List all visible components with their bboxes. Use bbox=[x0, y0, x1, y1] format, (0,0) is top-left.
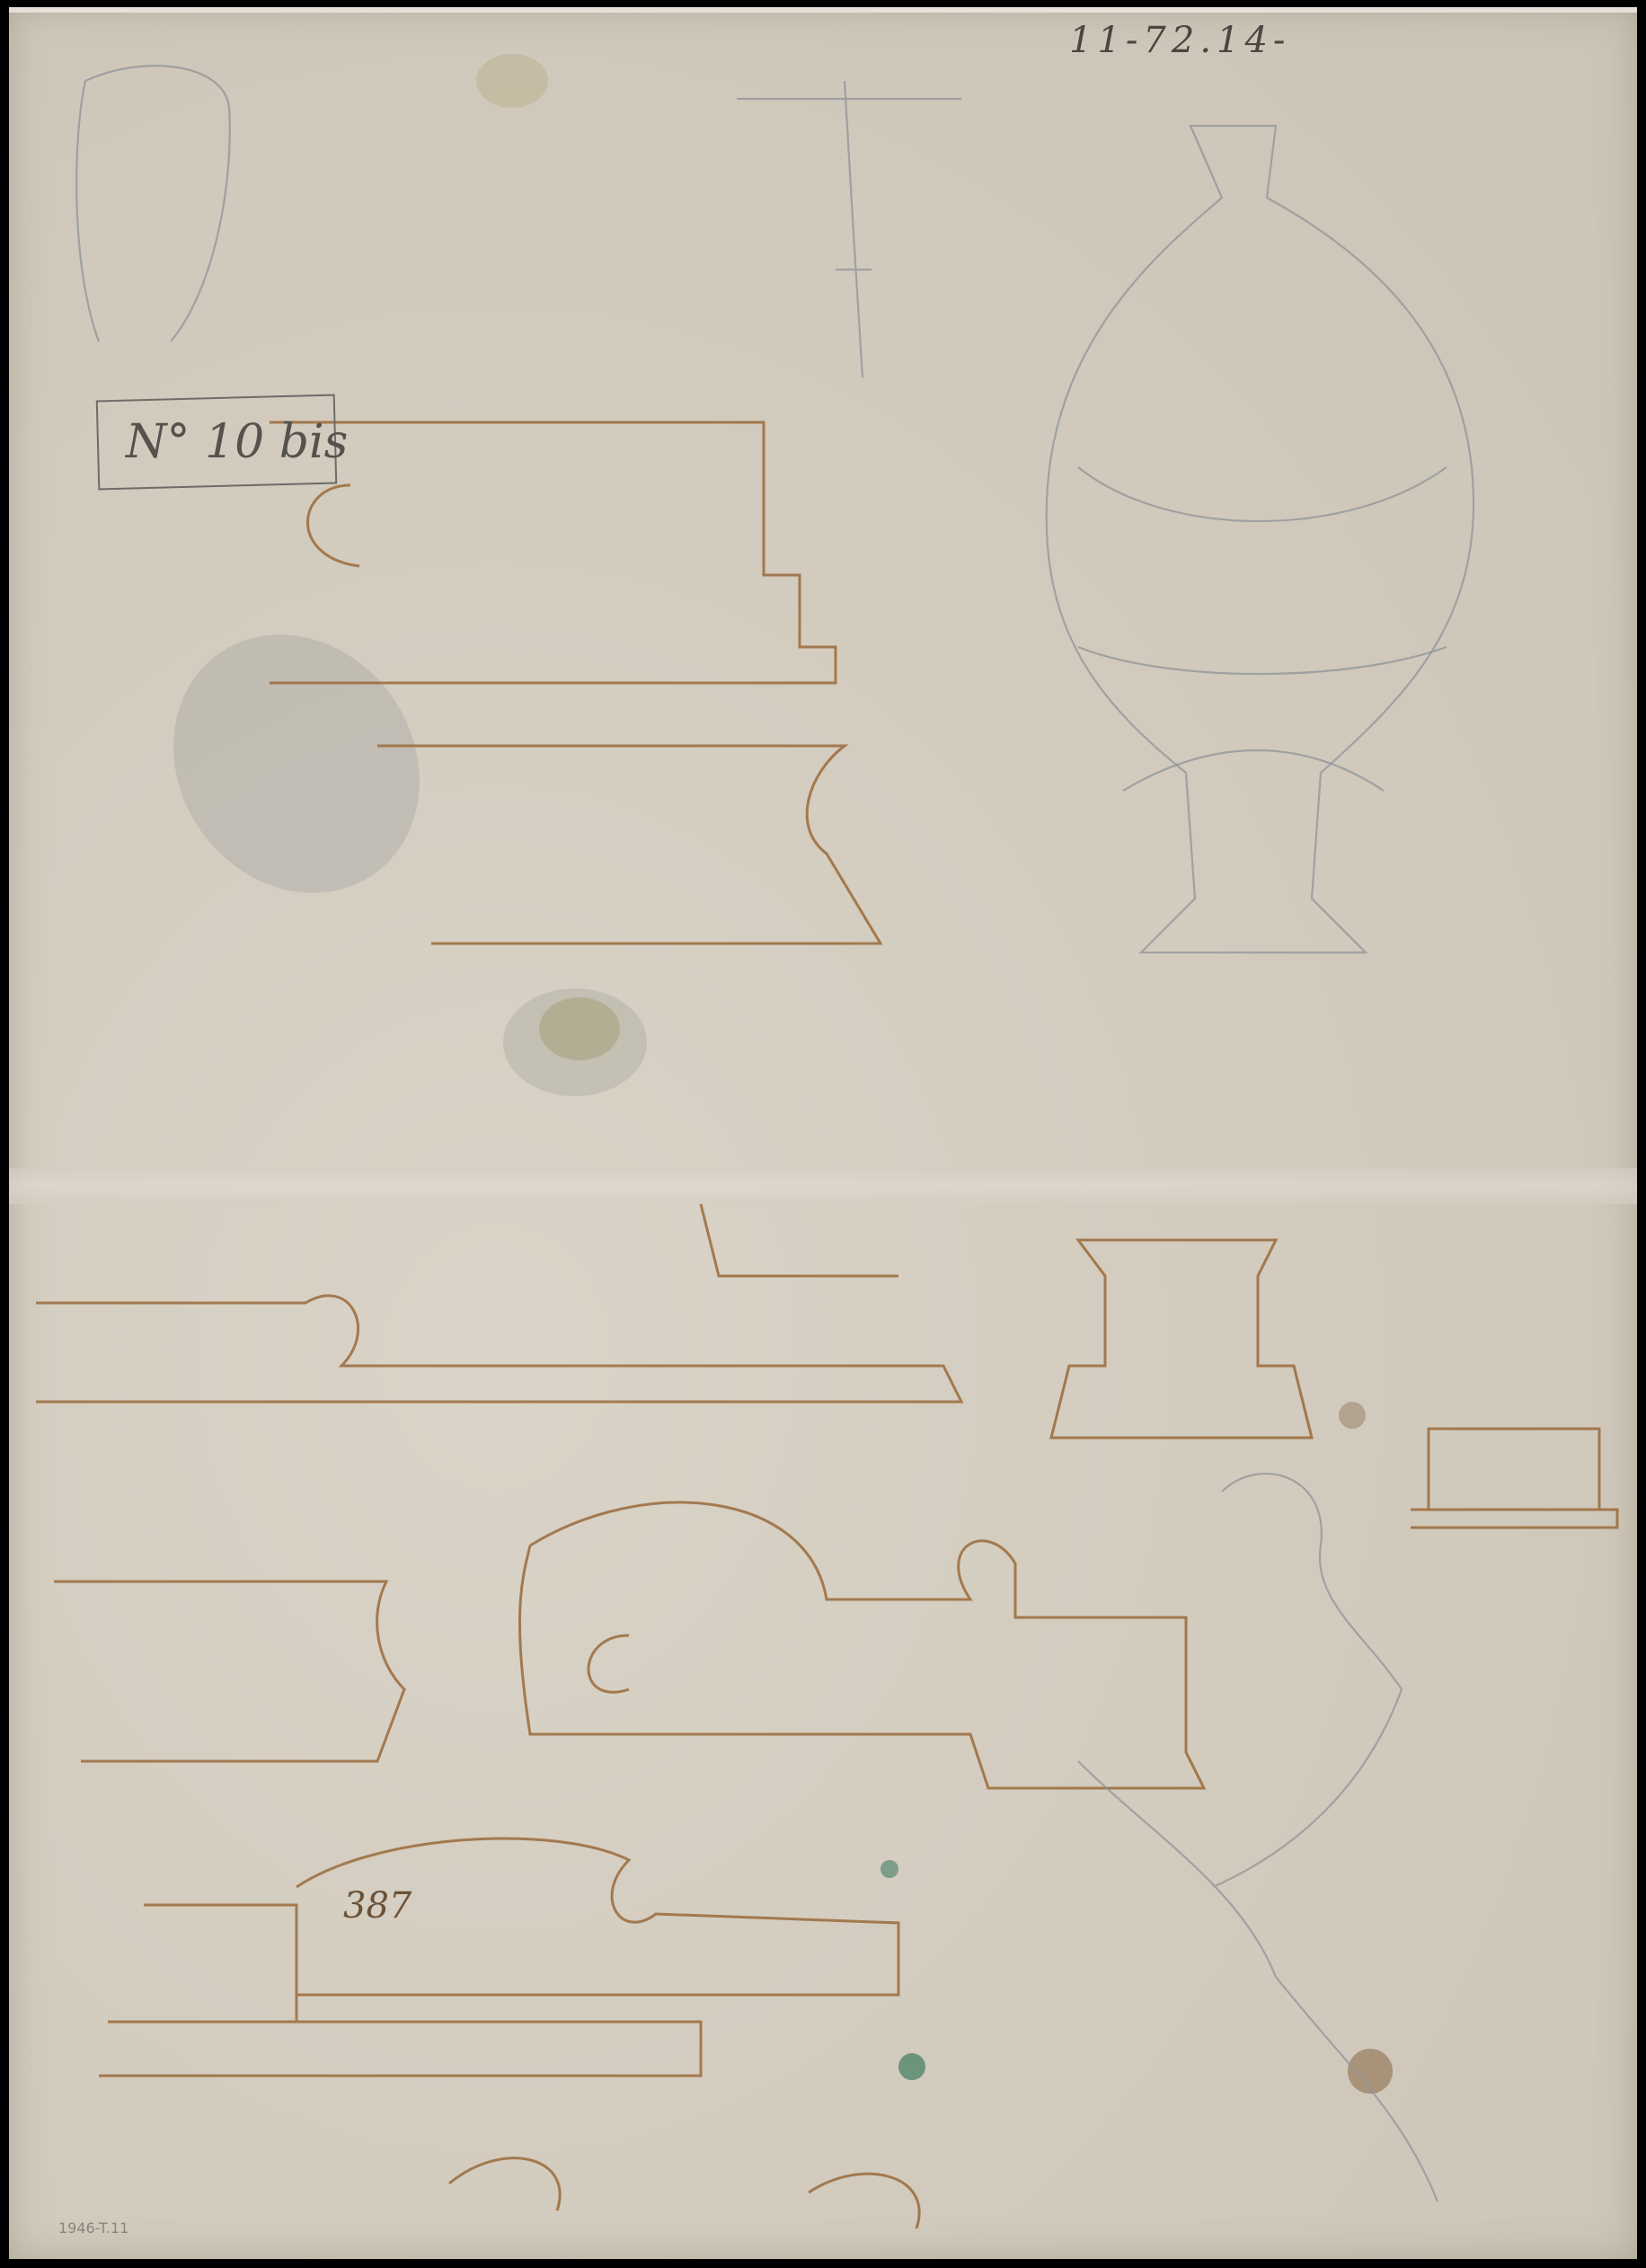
ornament-bottom bbox=[449, 2158, 919, 2228]
label-number: N° 10 bis bbox=[126, 415, 348, 469]
bracket-study-3 bbox=[36, 1204, 961, 1402]
scroll-bracket-lower bbox=[99, 1838, 898, 2076]
vase-outline bbox=[1047, 126, 1473, 952]
bracket-study-left bbox=[54, 1581, 404, 1761]
inventory-inscription: 11-72.14- bbox=[1069, 20, 1290, 61]
graphite-sketch-topleft bbox=[76, 66, 230, 341]
accession-number: 1946-T.11 bbox=[58, 2219, 128, 2237]
box-pedestal bbox=[1411, 1429, 1617, 1528]
bracket-study-2 bbox=[377, 746, 881, 944]
vase-ornament bbox=[1078, 467, 1447, 791]
bracket-study-1 bbox=[270, 422, 836, 683]
putti-sketches bbox=[1078, 1474, 1438, 2202]
pedestal-study bbox=[1051, 1240, 1312, 1438]
drawings bbox=[0, 0, 1646, 2268]
scroll-bracket-large bbox=[519, 1502, 1204, 1788]
crucifix-figure bbox=[737, 81, 961, 377]
scroll-number: 387 bbox=[343, 1885, 411, 1927]
